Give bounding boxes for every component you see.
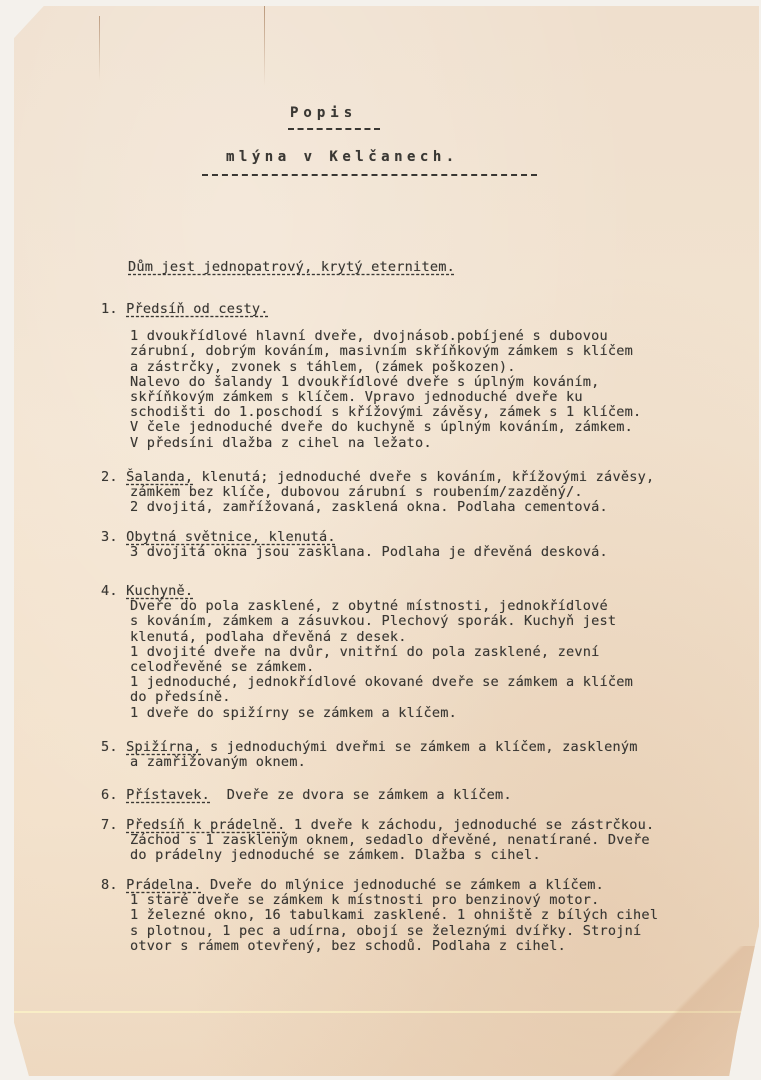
section-body-line: a zamřižovaným oknem. (101, 755, 638, 770)
section-heading-line: 6. Přístavek. Dveře ze dvora se zámkem a… (101, 788, 512, 803)
section-heading: Kuchyně. (126, 583, 193, 599)
section-number: 5. (101, 739, 126, 755)
section-body-line: a zástrčky, zvonek s táhlem, (zámek pošk… (101, 360, 641, 375)
section-body-line: 1 dvojité dveře na dvůr, vnitřní do pola… (101, 645, 633, 660)
section-heading: Šalanda, (126, 469, 193, 485)
section-number: 3. (101, 529, 126, 545)
section-body-line: otvor s rámem otevřený, bez schodů. Podl… (101, 939, 658, 954)
section-heading-tail: Dveře do mlýnice jednoduché se zámkem a … (202, 877, 604, 893)
section-number: 8. (101, 877, 126, 893)
subtitle-underline (202, 174, 537, 176)
section-heading: Předsíň od cesty. (126, 301, 269, 317)
folded-corner (589, 946, 759, 1076)
section-body-line: 1 železné okno, 16 tabulkami zasklené. 1… (101, 908, 658, 923)
section-heading-line: 8. Prádelna. Dveře do mlýnice jednoduché… (101, 878, 658, 893)
title-underline (288, 128, 380, 130)
section-body-line: s kováním, zámkem a zásuvkou. Plechový s… (101, 614, 633, 629)
staple-mark (264, 6, 265, 86)
section-3: 3. Obytná světnice, klenutá.3 dvojitá ok… (101, 530, 608, 560)
document-title: Popis (290, 106, 357, 121)
document-subtitle: mlýna v Kelčanech. (226, 150, 459, 165)
paper-crease (99, 16, 100, 81)
section-heading-tail: Dveře ze dvora se zámkem a klíčem. (210, 787, 512, 803)
section-body-line: 1 dveře do spižírny se zámkem a klíčem. (101, 706, 633, 721)
section-heading-line: 7. Předsíň k prádelně. 1 dveře k záchodu… (101, 818, 654, 833)
section-number: 1. (101, 301, 126, 317)
section-body-line: do prádelny jednoduché se zámkem. Dlažba… (101, 848, 654, 863)
section-heading-tail: s jednoduchými dveřmi se zámkem a klíčem… (202, 739, 638, 755)
section-heading-tail: 1 dveře k záchodu, jednoduché se zástrčk… (285, 817, 654, 833)
section-body-line: zárubní, dobrým kováním, masivním skříňk… (101, 344, 641, 359)
intro-line: Dům jest jednopatrový, krytý eternitem. (128, 260, 455, 275)
section-7: 7. Předsíň k prádelně. 1 dveře k záchodu… (101, 818, 654, 864)
section-heading-line: 5. Spižírna, s jednoduchými dveřmi se zá… (101, 740, 638, 755)
section-body-line: 2 dvojitá, zamřížovaná, zasklená okna. P… (101, 500, 654, 515)
section-number: 2. (101, 469, 126, 485)
section-body-line: V čele jednoduché dveře do kuchyně s úpl… (101, 420, 641, 435)
section-1: 1. Předsíň od cesty.1 dvoukřídlové hlavn… (101, 302, 641, 451)
section-body-line: s plotnou, 1 pec a udírna, obojí se žele… (101, 924, 658, 939)
section-heading-line: 1. Předsíň od cesty. (101, 302, 641, 317)
section-number: 7. (101, 817, 126, 833)
section-2: 2. Šalanda, klenutá; jednoduché dveře s … (101, 470, 654, 516)
section-4: 4. Kuchyně.Dveře do pola zasklené, z oby… (101, 584, 633, 721)
section-body-line: 3 dvojitá okna jsou zasklana. Podlaha je… (101, 545, 608, 560)
section-body-line: celodřevěné se zámkem. (101, 660, 633, 675)
section-number: 6. (101, 787, 126, 803)
section-6: 6. Přístavek. Dveře ze dvora se zámkem a… (101, 788, 512, 803)
section-heading: Přístavek. (126, 787, 210, 803)
section-5: 5. Spižírna, s jednoduchými dveřmi se zá… (101, 740, 638, 770)
section-body-line: klenutá, podlaha dřevěná z desek. (101, 630, 633, 645)
section-8: 8. Prádelna. Dveře do mlýnice jednoduché… (101, 878, 658, 954)
section-heading-line: 4. Kuchyně. (101, 584, 633, 599)
section-heading-tail: klenutá; jednoduché dveře s kováním, kří… (193, 469, 654, 485)
section-heading: Obytná světnice, klenutá. (126, 529, 336, 545)
section-heading-line: 3. Obytná světnice, klenutá. (101, 530, 608, 545)
section-body-line: skříňkovým zámkem s klíčem. Vpravo jedno… (101, 390, 641, 405)
section-body-line: do předsíně. (101, 690, 633, 705)
section-heading-line: 2. Šalanda, klenutá; jednoduché dveře s … (101, 470, 654, 485)
section-heading: Předsíň k prádelně. (126, 817, 285, 833)
section-heading: Prádelna. (126, 877, 201, 893)
section-body-line: Nalevo do šalandy 1 dvoukřídlové dveře s… (101, 375, 641, 390)
section-heading: Spižírna, (126, 739, 201, 755)
section-number: 4. (101, 583, 126, 599)
section-body-line: V předsíni dlažba z cihel na ležato. (101, 436, 641, 451)
